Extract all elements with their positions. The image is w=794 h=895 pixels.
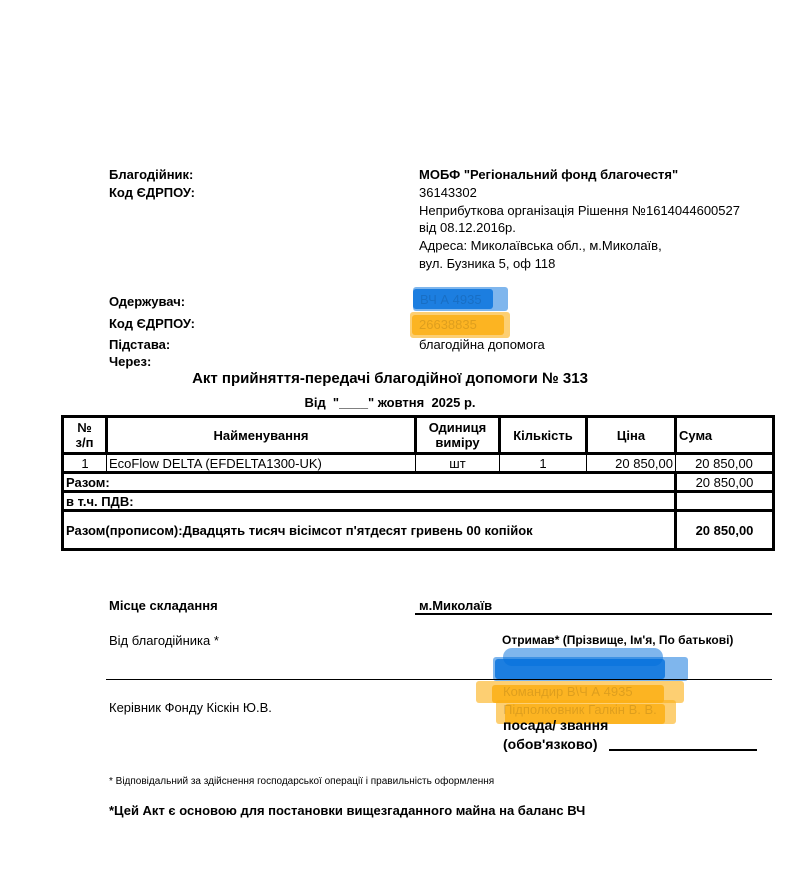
- donor-label: Благодійник:: [109, 167, 193, 183]
- total-label: Разом:: [63, 473, 676, 492]
- from-donor-label: Від благодійника *: [109, 632, 219, 649]
- donor-status-line1: Неприбуткова організація Рішення №161404…: [419, 202, 740, 219]
- recipient-label: Одержувач:: [109, 294, 185, 310]
- basis-label: Підстава:: [109, 337, 170, 353]
- recipient-name-redacted: ВЧ А 4935: [420, 292, 482, 307]
- document-date: Від "____" жовтня 2025 р.: [0, 395, 780, 410]
- position-underline: [609, 749, 757, 751]
- recipient-edrpou-label: Код ЄДРПОУ:: [109, 316, 195, 332]
- donor-address-line2: вул. Бузника 5, оф 118: [419, 255, 555, 272]
- place-value: м.Миколаїв: [419, 598, 492, 614]
- received-label: Отримав* (Прізвище, Ім'я, По батькові): [502, 633, 733, 647]
- donor-status-line2: від 08.12.2016р.: [419, 219, 516, 236]
- recipient-person-redacted: Підполковник Галкін В. В.: [503, 702, 657, 717]
- basis-value: благодійна допомога: [419, 336, 545, 353]
- footnote-responsible: * Відповідальний за здійснення господарс…: [109, 776, 494, 787]
- header-sum: Сума: [676, 417, 774, 454]
- vat-row: в т.ч. ПДВ:: [63, 492, 774, 511]
- row-sum: 20 850,00: [676, 454, 774, 473]
- vat-label: в т.ч. ПДВ:: [63, 492, 676, 511]
- recipient-position-redacted: Командир В\Ч А 4935: [503, 684, 633, 699]
- total-words-value: 20 850,00: [676, 511, 774, 550]
- row-qty: 1: [500, 454, 587, 473]
- donor-signatory: Керівник Фонду Кіскін Ю.В.: [109, 699, 272, 716]
- footnote-balance: *Цей Акт є основою для постановки вищезг…: [109, 803, 585, 818]
- total-value: 20 850,00: [676, 473, 774, 492]
- vat-value: [676, 492, 774, 511]
- recipient-signature-line: [417, 679, 772, 680]
- total-words-row: Разом(прописом):Двадцять тисяч вісімсот …: [63, 511, 774, 550]
- place-underline: [415, 613, 772, 615]
- header-unit: Одиниця виміру: [416, 417, 500, 454]
- header-name: Найменування: [107, 417, 416, 454]
- recipient-edrpou-redacted: 26638835: [419, 317, 477, 332]
- position-label-line2: (обов'язково): [503, 736, 598, 752]
- position-label-line1: посада/ звання: [503, 717, 608, 733]
- donor-edrpou-label: Код ЄДРПОУ:: [109, 185, 195, 201]
- redaction-highlight-blue: [495, 659, 665, 679]
- via-label: Через:: [109, 354, 151, 370]
- row-unit: шт: [416, 454, 500, 473]
- header-qty: Кількість: [500, 417, 587, 454]
- table-header-row: № з/п Найменування Одиниця виміру Кількі…: [63, 417, 774, 454]
- row-price: 20 850,00: [587, 454, 676, 473]
- table-row: 1 EcoFlow DELTA (EFDELTA1300-UK) шт 1 20…: [63, 454, 774, 473]
- total-words-label: Разом(прописом):Двадцять тисяч вісімсот …: [63, 511, 676, 550]
- row-num: 1: [63, 454, 107, 473]
- donor-signature-line: [106, 679, 417, 680]
- header-price: Ціна: [587, 417, 676, 454]
- items-table: № з/п Найменування Одиниця виміру Кількі…: [61, 415, 772, 551]
- header-num: № з/п: [63, 417, 107, 454]
- donor-edrpou: 36143302: [419, 184, 477, 201]
- donor-name: МОБФ "Регіональний фонд благочестя": [419, 166, 678, 183]
- document-title: Акт прийняття-передачі благодійної допом…: [0, 370, 780, 387]
- place-label: Місце складання: [109, 598, 218, 614]
- row-name: EcoFlow DELTA (EFDELTA1300-UK): [107, 454, 416, 473]
- donor-address-line1: Адреса: Миколаївська обл., м.Миколаїв,: [419, 237, 662, 254]
- total-row: Разом: 20 850,00: [63, 473, 774, 492]
